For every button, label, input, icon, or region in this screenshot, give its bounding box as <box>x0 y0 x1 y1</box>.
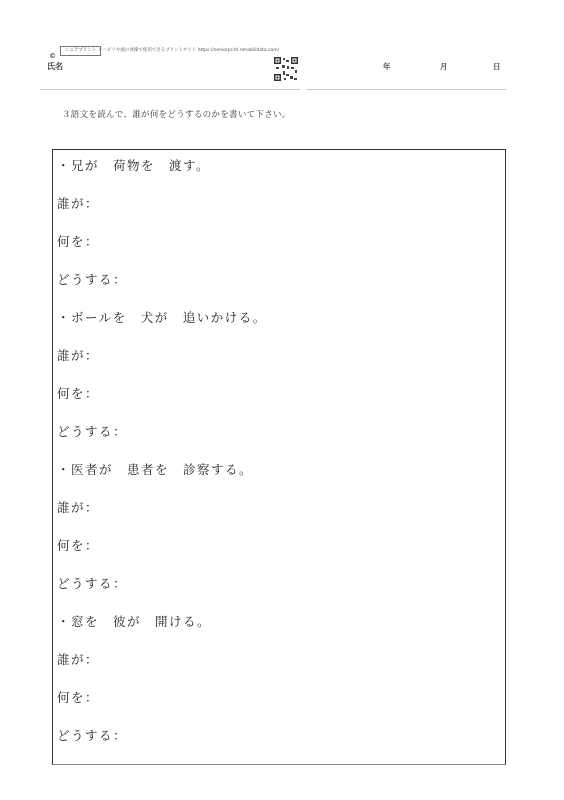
copyright-symbol: © <box>49 52 56 60</box>
name-underline <box>40 89 300 90</box>
worksheet-box: ・兄が 荷物を 渡す。 誰が： 何を： どうする： ・ボールを 犬が 追いかける… <box>52 149 506 765</box>
sentence-4: ・窓を 彼が 開ける。 <box>57 612 211 630</box>
what-field-1[interactable]: 何を： <box>57 232 99 250</box>
date-underline <box>306 89 506 90</box>
instruction-text: ３語文を読んで、誰が何をどうするのかを書いて下さい。 <box>62 108 291 120</box>
date-month-label: 月 <box>440 61 448 72</box>
sentence-3: ・医者が 患者を 診察する。 <box>57 460 253 478</box>
sentence-1: ・兄が 荷物を 渡す。 <box>57 156 210 174</box>
sentence-2: ・ボールを 犬が 追いかける。 <box>57 308 267 326</box>
date-year-label: 年 <box>383 61 391 72</box>
name-label: 氏名 <box>47 61 63 72</box>
how-field-2[interactable]: どうする： <box>57 422 127 440</box>
who-field-3[interactable]: 誰が： <box>57 498 99 516</box>
what-field-2[interactable]: 何を： <box>57 384 99 402</box>
who-field-2[interactable]: 誰が： <box>57 346 99 364</box>
site-tagline: リハビリや頭の体操で使用できるプリントサイト https://seniorpri… <box>98 47 279 53</box>
qr-code-icon <box>274 57 298 81</box>
what-field-4[interactable]: 何を： <box>57 688 99 706</box>
how-field-1[interactable]: どうする： <box>57 270 127 288</box>
date-day-label: 日 <box>493 61 501 72</box>
how-field-4[interactable]: どうする： <box>57 726 127 744</box>
brand-logo: シニアプリント <box>60 46 101 56</box>
who-field-4[interactable]: 誰が： <box>57 650 99 668</box>
what-field-3[interactable]: 何を： <box>57 536 99 554</box>
how-field-3[interactable]: どうする： <box>57 574 127 592</box>
who-field-1[interactable]: 誰が： <box>57 194 99 212</box>
